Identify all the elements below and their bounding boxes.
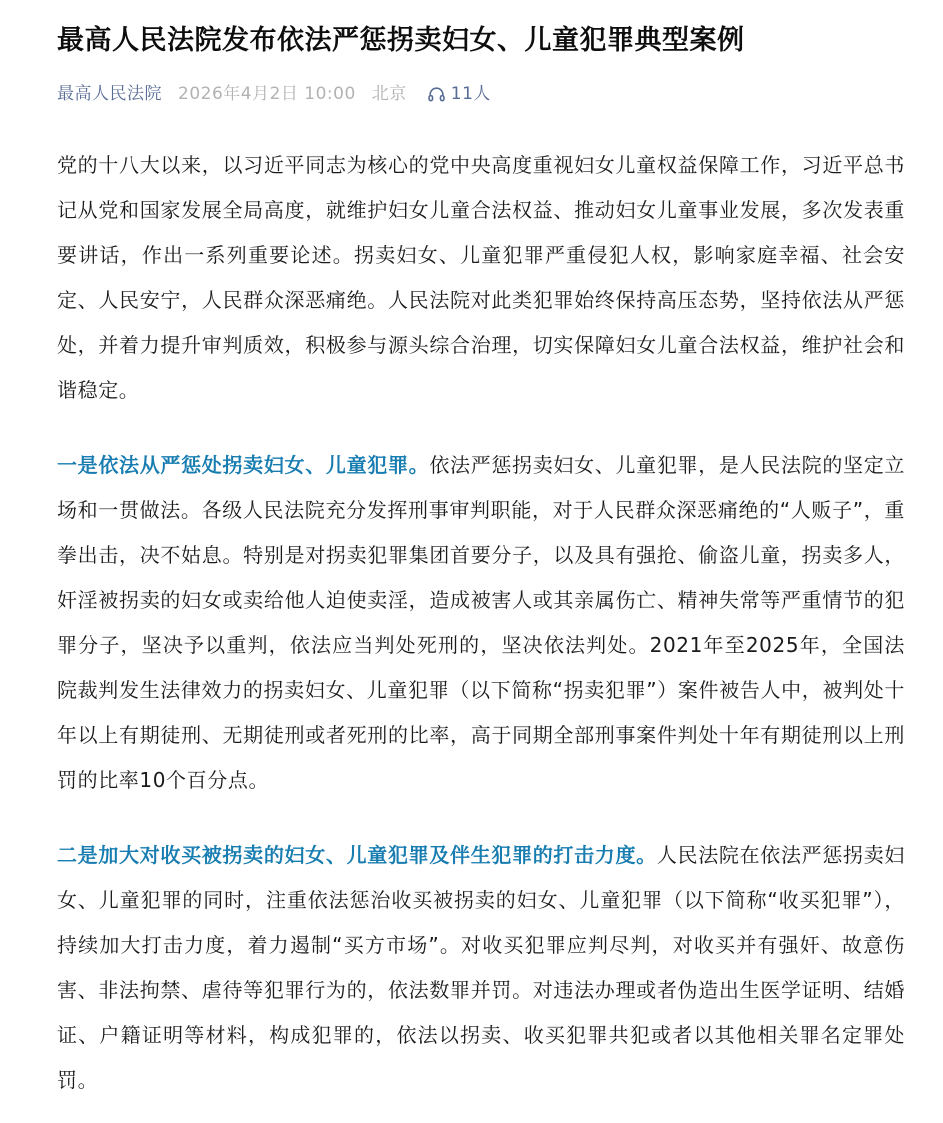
- article-meta: 最高人民法院 2026年4月2日 10:00 北京 11人: [57, 82, 905, 106]
- article-body: 党的十八大以来，以习近平同志为核心的党中央高度重视妇女儿童权益保障工作，习近平总…: [57, 143, 905, 1103]
- headphones-icon: [427, 85, 451, 104]
- paragraph-intro: 党的十八大以来，以习近平同志为核心的党中央高度重视妇女儿童权益保障工作，习近平总…: [57, 143, 905, 413]
- publish-datetime: 2026年4月2日 10:00: [178, 82, 356, 106]
- paragraph-point-two-lead: 二是加大对收买被拐卖的妇女、儿童犯罪及伴生犯罪的打击力度。: [57, 843, 657, 867]
- article-title: 最高人民法院发布依法严惩拐卖妇女、儿童犯罪典型案例: [57, 23, 905, 59]
- account-name-link[interactable]: 最高人民法院: [57, 82, 162, 106]
- article-page: 最高人民法院发布依法严惩拐卖妇女、儿童犯罪典型案例 最高人民法院 2026年4月…: [0, 0, 943, 1123]
- paragraph-point-one-lead: 一是依法从严惩处拐卖妇女、儿童犯罪。: [57, 453, 429, 477]
- listen-count-label: 11人: [451, 82, 491, 106]
- paragraph-point-one: 一是依法从严惩处拐卖妇女、儿童犯罪。依法严惩拐卖妇女、儿童犯罪，是人民法院的坚定…: [57, 443, 905, 803]
- paragraph-point-one-text: 依法严惩拐卖妇女、儿童犯罪，是人民法院的坚定立场和一贯做法。各级人民法院充分发挥…: [57, 453, 905, 792]
- paragraph-point-two: 二是加大对收买被拐卖的妇女、儿童犯罪及伴生犯罪的打击力度。人民法院在依法严惩拐卖…: [57, 833, 905, 1103]
- paragraph-point-two-text: 人民法院在依法严惩拐卖妇女、儿童犯罪的同时，注重依法惩治收买被拐卖的妇女、儿童犯…: [57, 843, 905, 1092]
- paragraph-intro-text: 党的十八大以来，以习近平同志为核心的党中央高度重视妇女儿童权益保障工作，习近平总…: [57, 153, 905, 402]
- publish-location: 北京: [372, 82, 407, 106]
- listen-count-button[interactable]: 11人: [427, 82, 491, 106]
